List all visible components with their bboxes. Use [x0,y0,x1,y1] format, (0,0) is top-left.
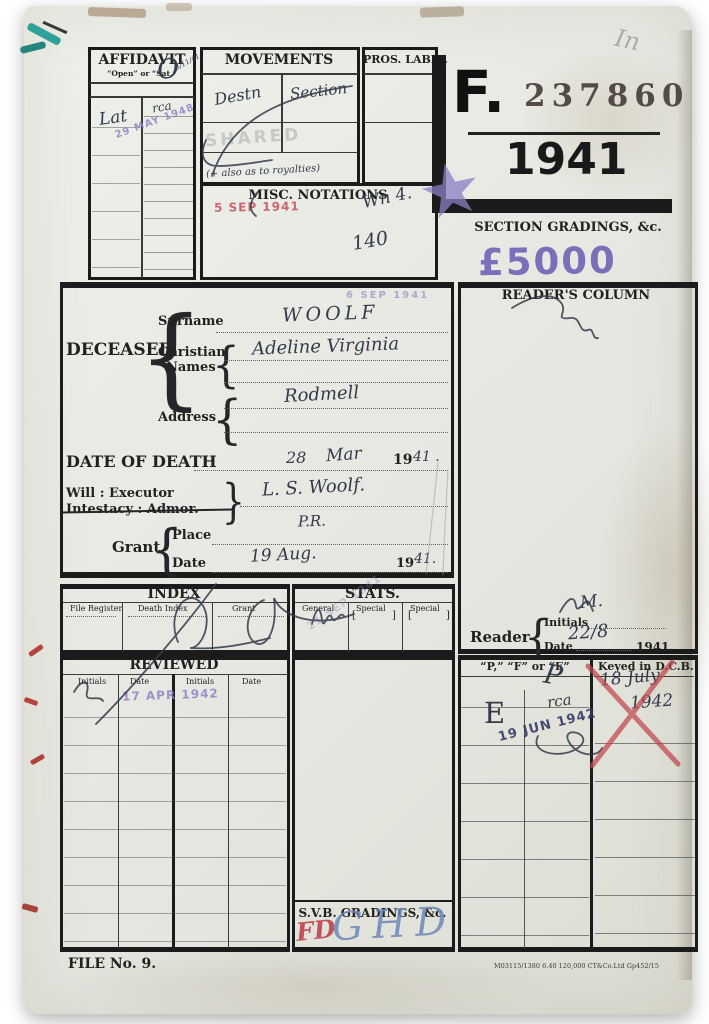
grant-date-line [212,572,448,573]
file-number-stamp: 237860 [524,78,689,114]
index-underline [66,616,116,617]
index-title: INDEX [62,586,286,602]
grant-place-line [212,544,448,545]
will-executor-label: Will : Executor [66,486,174,501]
stats-bracket: [ [408,610,412,621]
divider [402,602,403,652]
grant-place-label: Place [172,528,211,543]
divider [202,73,358,75]
death-year-hw: 41 . [413,449,440,465]
date-of-death-line [194,470,448,471]
executor-line [240,506,448,507]
torn-edge-mark [420,6,464,18]
reviewed-rows [64,690,286,945]
pros-label-title: PROS. LABEL [363,53,437,66]
death-year-printed: 19 [393,452,412,468]
grant-date-value: 19 Aug. [250,543,318,566]
divider [364,122,436,123]
reader-year-printed: 1941. [636,640,674,654]
reviewed-col-initials-2: Initials [186,677,214,686]
christian-line-1 [224,360,448,361]
divider [63,674,287,675]
will-brace: } [222,476,245,529]
address-line-2 [224,432,448,433]
surname-value: WOOLF [282,301,379,326]
readers-column-box [458,282,698,654]
reader-initials-value: M. [579,591,604,613]
grant-date-label: Date [172,556,206,571]
divider [63,602,287,603]
file-year: 1941 [505,134,627,185]
stats-bracket: ] [446,610,450,621]
svb-fd-mark: FD [295,914,337,947]
index-underline [218,616,284,617]
reader-date-line [576,650,632,651]
address-value: Rodmell [284,382,360,407]
date-stamp-5-sep: 5 SEP 1941 [214,199,300,214]
christian-names-label-2: Names [166,360,216,375]
pfe-e-mark: E [484,696,505,730]
valuation-stamp: £5000 [478,239,617,284]
reviewed-col-initials-1: Initials [78,677,106,686]
divider [364,73,436,75]
date-stamp-6-sep: 6 SEP 1941 [346,290,429,301]
divider [590,656,593,948]
deceased-box [60,282,454,578]
torn-edge-mark [166,3,192,11]
death-month: Mar [325,444,362,466]
reviewed-title: REVIEWED [62,657,286,673]
keyed-rows [595,706,695,946]
pfe-rca-mark: rca [546,690,573,711]
stats-bracket: [ [352,610,356,621]
address-line-1 [224,408,448,409]
divider [295,602,452,603]
divider [202,122,358,123]
file-number-label: FILE No. 9. [68,956,156,972]
divider [122,602,123,652]
reviewed-col-date-2: Date [242,677,261,686]
movements-title: MOVEMENTS [202,52,356,68]
divider [212,602,213,652]
index-col-file-register: File Register [70,604,122,613]
surname-line [216,332,448,333]
index-col-death-index: Death Index [138,604,188,613]
readers-column-title: READER'S COLUMN [460,288,692,303]
grant-year-hw: 41. [414,551,436,567]
index-underline [128,616,206,617]
printer-code: M03115/1380 6.40 120,000 CT&Co.Ltd Gp452… [494,962,659,970]
death-day: 28 [286,448,306,467]
stats-col-special-2: Special [410,604,440,613]
divider [348,602,349,652]
divider [202,152,358,153]
surname-label: Surname [158,314,224,329]
keyed-date-line2: 1942 [629,691,674,714]
document-scan: In AFFIDAVIT “Open” or “Sat.” O 3/11/41 … [0,0,709,1024]
file-letter: F. [452,58,505,126]
probate-registry-note: P.R. [298,512,327,531]
address-label: Address [158,410,216,425]
section-gradings-title: SECTION GRADINGS, &c. [458,220,678,235]
stats-bracket: ] [392,610,396,621]
index-col-grant: Grant [232,604,255,613]
reader-date-value: 22/8 [567,621,609,645]
address-brace: { [212,389,243,451]
date-of-death-label: DATE OF DEATH [66,452,217,471]
divider [90,96,194,98]
reviewed-col-date-1: Date [130,677,149,686]
grant-year-printed: 19 [396,556,414,571]
stats-col-special-1: Special [356,604,386,613]
christian-brace: { [212,337,240,393]
svb-ghd-mark: GHD [331,899,457,950]
reader-label: Reader [470,628,530,646]
